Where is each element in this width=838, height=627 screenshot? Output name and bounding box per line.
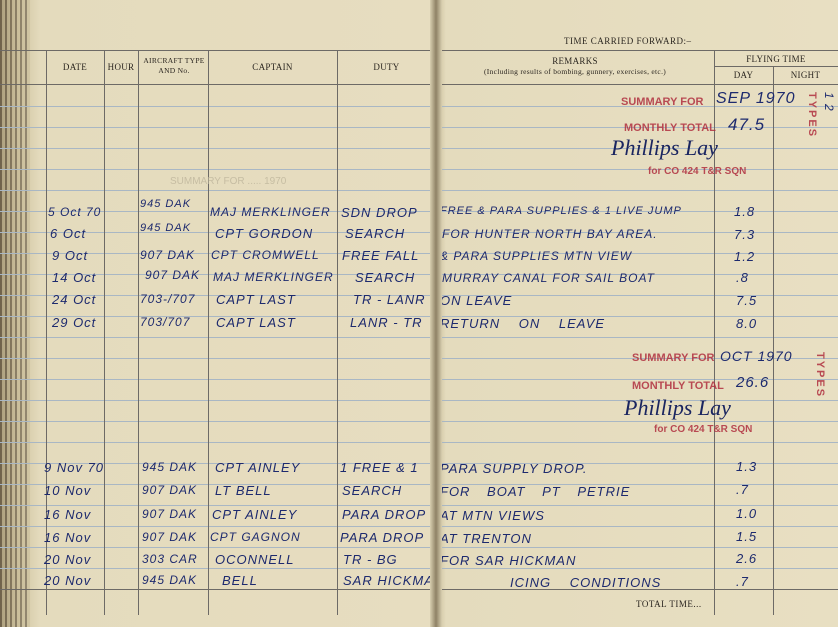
right-page: TIME CARRIED FORWARD:– REMARKS (Includin… <box>436 0 838 627</box>
rule <box>0 337 436 338</box>
entry-remarks: AT MTN VIEWS <box>440 508 545 523</box>
entry-captain: CPT AINLEY <box>215 460 300 475</box>
entry-captain: BELL <box>222 573 258 588</box>
bleed-through-text: SUMMARY FOR ..... 1970 <box>170 176 286 187</box>
entry-duty: FREE FALL <box>342 248 419 263</box>
entry-date: 5 Oct 70 <box>48 205 101 219</box>
rule <box>0 589 436 590</box>
entry-date: 10 Nov <box>44 483 91 498</box>
header-day: DAY <box>714 70 773 80</box>
entry-duty: SEARCH <box>345 226 405 241</box>
summary-period: SEP 1970 <box>716 90 795 108</box>
rule <box>0 568 436 569</box>
entry-remarks: FREE & PARA SUPPLIES & 1 LIVE JUMP <box>440 205 682 217</box>
header-flying-time: FLYING TIME <box>714 54 838 64</box>
col-rule <box>104 50 105 615</box>
entry-remarks: RETURN ON LEAVE <box>440 316 605 331</box>
entry-remarks: PARA SUPPLY DROP. <box>440 461 588 476</box>
entry-date: 16 Nov <box>44 530 91 545</box>
entry-date: 16 Nov <box>44 507 91 522</box>
logbook-spread: DATE HOUR AIRCRAFT TYPE AND No. CAPTAIN … <box>0 0 838 627</box>
entry-aircraft: 907 DAK <box>142 507 197 521</box>
entry-duty: LANR - TR <box>350 315 423 330</box>
entry-remarks: ON LEAVE <box>440 293 512 308</box>
col-rule <box>138 50 139 615</box>
entry-aircraft: 945 DAK <box>142 460 197 474</box>
entry-day: 1.2 <box>734 249 755 264</box>
entry-day: 1.8 <box>734 204 755 219</box>
entry-duty: SAR HICKMAN <box>343 573 436 588</box>
rule <box>0 127 436 128</box>
time-carried-forward: TIME CARRIED FORWARD:– <box>564 36 692 46</box>
entry-duty: 1 FREE & 1 <box>340 460 419 475</box>
entry-captain: CPT GAGNON <box>210 530 301 544</box>
signature: Phillips Lay <box>624 395 731 421</box>
for-unit-label: for CO 424 T&R SQN <box>648 166 746 177</box>
summary-period: OCT 1970 <box>720 348 793 364</box>
entry-captain: MAJ MERKLINGER <box>210 205 331 219</box>
entry-remarks: AT TRENTON <box>440 531 532 546</box>
rule <box>0 190 436 191</box>
entry-day: 1.3 <box>736 459 757 474</box>
entry-aircraft: 945 DAK <box>140 222 191 234</box>
monthly-total-label: MONTHLY TOTAL <box>632 380 724 392</box>
entry-remarks: FOR SAR HICKMAN <box>440 553 576 568</box>
rule <box>0 358 436 359</box>
rule <box>0 547 436 548</box>
entry-aircraft: 945 DAK <box>142 573 197 587</box>
col-rule <box>337 50 338 615</box>
total-time-label: TOTAL TIME... <box>636 599 702 609</box>
entry-day: 8.0 <box>736 316 757 331</box>
rule <box>0 148 436 149</box>
rule <box>436 421 838 422</box>
entry-date: 9 Nov 70 <box>44 460 104 475</box>
rule <box>436 169 838 170</box>
entry-day: .8 <box>736 270 749 285</box>
rule <box>0 505 436 506</box>
header-remarks: REMARKS <box>436 56 714 66</box>
rule <box>0 379 436 380</box>
header-top-rule <box>436 50 838 51</box>
entry-date: 20 Nov <box>44 552 91 567</box>
entry-duty: TR - LANR <box>353 292 426 307</box>
monthly-total-value: 26.6 <box>736 374 769 391</box>
entry-aircraft: 703-/707 <box>140 292 195 306</box>
rule <box>436 547 838 548</box>
entry-aircraft: 907 DAK <box>142 483 197 497</box>
book-gutter <box>430 0 442 627</box>
entry-captain: CAPT LAST <box>216 292 296 307</box>
rule <box>0 442 436 443</box>
entry-date: 9 Oct <box>52 248 88 263</box>
left-page: DATE HOUR AIRCRAFT TYPE AND No. CAPTAIN … <box>0 0 436 627</box>
entry-remarks: FOR HUNTER NORTH BAY AREA. <box>442 227 658 241</box>
header-date: DATE <box>46 62 104 72</box>
summary-label: SUMMARY FOR <box>632 352 715 364</box>
rule <box>0 169 436 170</box>
rule <box>0 421 436 422</box>
rule <box>0 400 436 401</box>
header-night: NIGHT <box>773 70 838 80</box>
entry-day: 2.6 <box>736 551 757 566</box>
entry-duty: TR - BG <box>343 552 398 567</box>
entry-aircraft: 907 DAK <box>145 268 200 282</box>
entry-remarks: MURRAY CANAL FOR SAIL BOAT <box>442 271 655 285</box>
rule <box>0 106 436 107</box>
rule <box>436 442 838 443</box>
entry-day: 1.5 <box>736 529 757 544</box>
header-aircraft: AIRCRAFT TYPE AND No. <box>140 56 208 76</box>
entry-captain: CAPT LAST <box>216 315 296 330</box>
entry-remarks: & PARA SUPPLIES MTN VIEW <box>440 249 632 263</box>
rule <box>436 337 838 338</box>
entry-duty: PARA DROP <box>340 530 424 545</box>
header-hour: HOUR <box>104 62 138 72</box>
monthly-total-label: MONTHLY TOTAL <box>624 122 716 134</box>
types-label: TYPES <box>814 352 826 398</box>
col-rule <box>208 50 209 615</box>
types-values: 1 2 <box>822 92 836 112</box>
entry-date: 20 Nov <box>44 573 91 588</box>
entry-duty: SEARCH <box>342 483 402 498</box>
header-bottom-rule <box>436 84 838 85</box>
entry-date: 29 Oct <box>52 315 96 330</box>
header-bottom-rule <box>0 84 436 85</box>
entry-captain: CPT CROMWELL <box>211 248 320 262</box>
for-unit-label: for CO 424 T&R SQN <box>654 424 752 435</box>
entry-remarks: FOR BOAT PT PETRIE <box>440 484 630 499</box>
entry-captain: CPT AINLEY <box>212 507 297 522</box>
entry-day: 7.5 <box>736 293 757 308</box>
entry-day: 1.0 <box>736 506 757 521</box>
entry-aircraft: 945 DAK <box>140 198 191 210</box>
types-label: TYPES <box>806 92 818 138</box>
entry-duty: SDN DROP <box>341 205 418 220</box>
entry-aircraft: 907 DAK <box>140 248 195 262</box>
entry-aircraft: 303 CAR <box>142 552 198 566</box>
entry-day: 7.3 <box>734 227 755 242</box>
entry-date: 14 Oct <box>52 270 96 285</box>
rule <box>436 526 838 527</box>
entry-date: 24 Oct <box>52 292 96 307</box>
entry-captain: OCONNELL <box>215 552 295 567</box>
monthly-total-value: 47.5 <box>728 115 765 135</box>
page-edges <box>0 0 30 627</box>
entry-day: .7 <box>736 482 749 497</box>
entry-duty: SEARCH <box>355 270 415 285</box>
rule <box>436 568 838 569</box>
rule <box>436 505 838 506</box>
entry-captain: CPT GORDON <box>215 226 313 241</box>
rule <box>0 526 436 527</box>
signature: Phillips Lay <box>611 135 718 161</box>
summary-label: SUMMARY FOR <box>621 96 704 108</box>
entry-aircraft: 907 DAK <box>142 530 197 544</box>
header-top-rule <box>0 50 436 51</box>
entry-duty: PARA DROP <box>342 507 426 522</box>
entry-aircraft: 703/707 <box>140 315 190 329</box>
header-remarks-sub: (Including results of bombing, gunnery, … <box>436 67 714 77</box>
entry-remarks: ICING CONDITIONS <box>510 575 661 590</box>
entry-day: .7 <box>736 574 749 589</box>
col-rule <box>773 66 774 615</box>
rule <box>436 190 838 191</box>
header-captain: CAPTAIN <box>208 62 337 72</box>
entry-date: 6 Oct <box>50 226 86 241</box>
entry-captain: LT BELL <box>215 483 272 498</box>
entry-captain: MAJ MERKLINGER <box>213 270 334 284</box>
flying-time-subrule <box>714 66 838 67</box>
header-duty: DUTY <box>337 62 436 72</box>
